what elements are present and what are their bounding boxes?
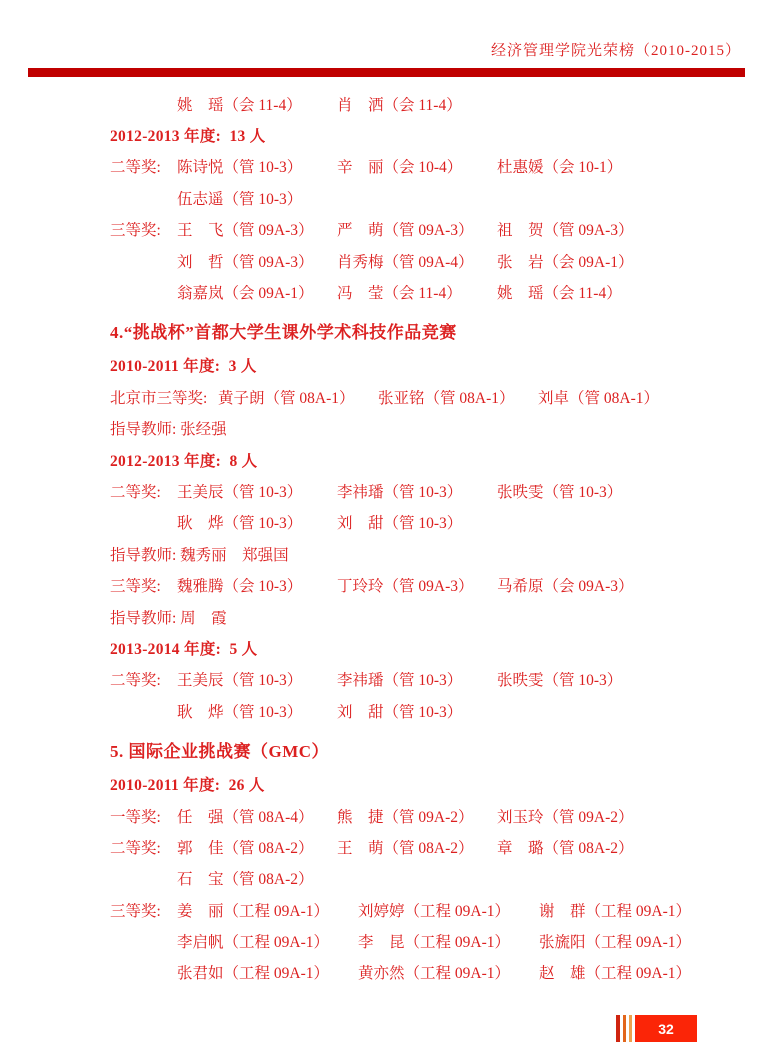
award-winner: 张昳雯（管 10-3）: [497, 480, 657, 502]
award-winner: 王 萌（管 08A-2）: [337, 836, 497, 858]
award-winner: 李 昆（工程 09A-1）: [358, 930, 539, 952]
award-winner: 谢 群（工程 09A-1）: [539, 899, 720, 921]
award-winner: 黄亦然（工程 09A-1）: [358, 961, 539, 983]
award-line: 张君如（工程 09A-1）黄亦然（工程 09A-1）赵 雄（工程 09A-1）: [110, 957, 758, 988]
award-winner: 张 岩（会 09A-1）: [497, 250, 657, 272]
award-winner: 赵 雄（工程 09A-1）: [539, 961, 720, 983]
award-winner: 刘 甜（管 10-3）: [337, 700, 497, 722]
award-line: 三等奖:王 飞（管 09A-3）严 萌（管 09A-3）祖 贺（管 09A-3）: [110, 214, 758, 245]
award-winner: 李启帆（工程 09A-1）: [177, 930, 358, 952]
award-winner: 王美辰（管 10-3）: [177, 668, 337, 690]
header-rule: [28, 68, 745, 77]
page-footer: 32: [616, 1015, 697, 1042]
document-body: 姚 瑶（会 11-4）肖 洒（会 11-4）2012-2013 年度: 13 人…: [110, 88, 758, 988]
award-winner: 肖 洒（会 11-4）: [337, 93, 497, 115]
year-count-line: 2012-2013 年度: 8 人: [110, 444, 758, 475]
award-winner: 任 强（管 08A-4）: [177, 805, 337, 827]
line-text: 2010-2011 年度: 26 人: [110, 773, 265, 795]
award-rank-label: 二等奖:: [110, 668, 177, 690]
award-winner: 刘 哲（管 09A-3）: [177, 250, 337, 272]
page-number-box: 32: [635, 1015, 697, 1042]
award-line: 李启帆（工程 09A-1）李 昆（工程 09A-1）张旒阳（工程 09A-1）: [110, 925, 758, 956]
award-rank-label: 二等奖:: [110, 480, 177, 502]
award-rank-label: 三等奖:: [110, 899, 177, 921]
award-winner: 章 璐（管 08A-2）: [497, 836, 657, 858]
award-winner: 郭 佳（管 08A-2）: [177, 836, 337, 858]
line-text: 指导教师: 周 霞: [110, 606, 227, 628]
award-winner: 辛 丽（会 10-4）: [337, 155, 497, 177]
year-count-line: 2010-2011 年度: 3 人: [110, 350, 758, 381]
award-winner: 李祎璠（管 10-3）: [337, 480, 497, 502]
award-winner: 张君如（工程 09A-1）: [177, 961, 358, 983]
award-winner: 耿 烨（管 10-3）: [177, 700, 337, 722]
award-line: 二等奖:郭 佳（管 08A-2）王 萌（管 08A-2）章 璐（管 08A-2）: [110, 831, 758, 862]
year-count-line: 2010-2011 年度: 26 人: [110, 768, 758, 799]
footer-stripe: [623, 1015, 626, 1042]
award-line: 耿 烨（管 10-3）刘 甜（管 10-3）: [110, 507, 758, 538]
line-text: 4.“挑战杯”首都大学生课外学术科技作品竞赛: [110, 318, 457, 343]
award-winner: 肖秀梅（管 09A-4）: [337, 250, 497, 272]
page-header-title: 经济管理学院光荣榜（2010-2015）: [491, 39, 741, 60]
award-line: 一等奖:任 强（管 08A-4）熊 捷（管 09A-2）刘玉玲（管 09A-2）: [110, 800, 758, 831]
award-winner: 严 萌（管 09A-3）: [337, 218, 497, 240]
award-line: 石 宝（管 08A-2）: [110, 863, 758, 894]
award-line: 翁嘉岚（会 09A-1）冯 莹（会 11-4）姚 瑶（会 11-4）: [110, 276, 758, 307]
award-winner: 刘卓（管 08A-1）: [538, 386, 698, 408]
award-winner: 刘 甜（管 10-3）: [337, 511, 497, 533]
award-rank-label: 三等奖:: [110, 574, 177, 596]
award-winner: 张旒阳（工程 09A-1）: [539, 930, 720, 952]
year-count-line: 2012-2013 年度: 13 人: [110, 119, 758, 150]
award-winner: 马希原（会 09A-3）: [497, 574, 657, 596]
award-rank-label: 一等奖:: [110, 805, 177, 827]
section-heading: 4.“挑战杯”首都大学生课外学术科技作品竞赛: [110, 312, 758, 350]
line-text: 2013-2014 年度: 5 人: [110, 637, 257, 659]
award-winner: 丁玲玲（管 09A-3）: [337, 574, 497, 596]
award-rank-label: 三等奖:: [110, 218, 177, 240]
award-winner: 张亚铭（管 08A-1）: [378, 386, 538, 408]
award-winner: 魏雅腾（会 10-3）: [177, 574, 337, 596]
award-winner: 刘婷婷（工程 09A-1）: [358, 899, 539, 921]
award-line: 刘 哲（管 09A-3）肖秀梅（管 09A-4）张 岩（会 09A-1）: [110, 245, 758, 276]
award-winner: 翁嘉岚（会 09A-1）: [177, 281, 337, 303]
award-winner: 耿 烨（管 10-3）: [177, 511, 337, 533]
line-text: 2012-2013 年度: 13 人: [110, 124, 266, 146]
line-text: 2010-2011 年度: 3 人: [110, 354, 257, 376]
award-winner: 伍志遥（管 10-3）: [177, 187, 337, 209]
award-rank-label: 二等奖:: [110, 155, 177, 177]
award-line: 二等奖:王美辰（管 10-3）李祎璠（管 10-3）张昳雯（管 10-3）: [110, 475, 758, 506]
line-text: 指导教师: 张经强: [110, 417, 227, 439]
award-winner: 祖 贺（管 09A-3）: [497, 218, 657, 240]
line-text: 5. 国际企业挑战赛（GMC）: [110, 737, 329, 762]
teacher-line: 指导教师: 张经强: [110, 413, 758, 444]
award-winner: 王美辰（管 10-3）: [177, 480, 337, 502]
award-winner: 姜 丽（工程 09A-1）: [177, 899, 358, 921]
award-winner: 姚 瑶（会 11-4）: [177, 93, 337, 115]
line-text: 指导教师: 魏秀丽 郑强国: [110, 543, 289, 565]
document-page: 经济管理学院光荣榜（2010-2015） 姚 瑶（会 11-4）肖 洒（会 11…: [0, 0, 768, 1059]
footer-stripe: [616, 1015, 620, 1042]
award-winner: 姚 瑶（会 11-4）: [497, 281, 657, 303]
award-winner: 陈诗悦（管 10-3）: [177, 155, 337, 177]
award-winner: 冯 莹（会 11-4）: [337, 281, 497, 303]
award-winner: 王 飞（管 09A-3）: [177, 218, 337, 240]
award-winner: 黄子朗（管 08A-1）: [218, 386, 378, 408]
award-line: 姚 瑶（会 11-4）肖 洒（会 11-4）: [110, 88, 758, 119]
page-number: 32: [658, 1021, 674, 1037]
award-rank-label: 北京市三等奖:: [110, 386, 218, 408]
award-line: 耿 烨（管 10-3）刘 甜（管 10-3）: [110, 695, 758, 726]
line-text: 2012-2013 年度: 8 人: [110, 449, 257, 471]
award-line: 北京市三等奖:黄子朗（管 08A-1）张亚铭（管 08A-1）刘卓（管 08A-…: [110, 381, 758, 412]
award-winner: 熊 捷（管 09A-2）: [337, 805, 497, 827]
award-winner: 石 宝（管 08A-2）: [177, 867, 337, 889]
award-line: 三等奖:魏雅腾（会 10-3）丁玲玲（管 09A-3）马希原（会 09A-3）: [110, 569, 758, 600]
footer-stripe: [629, 1015, 632, 1042]
teacher-line: 指导教师: 周 霞: [110, 601, 758, 632]
award-rank-label: 二等奖:: [110, 836, 177, 858]
year-count-line: 2013-2014 年度: 5 人: [110, 632, 758, 663]
award-winner: 杜惠媛（会 10-1）: [497, 155, 657, 177]
award-line: 三等奖:姜 丽（工程 09A-1）刘婷婷（工程 09A-1）谢 群（工程 09A…: [110, 894, 758, 925]
award-winner: 张昳雯（管 10-3）: [497, 668, 657, 690]
award-line: 二等奖:王美辰（管 10-3）李祎璠（管 10-3）张昳雯（管 10-3）: [110, 664, 758, 695]
award-winner: 李祎璠（管 10-3）: [337, 668, 497, 690]
award-line: 二等奖:陈诗悦（管 10-3）辛 丽（会 10-4）杜惠媛（会 10-1）: [110, 151, 758, 182]
section-heading: 5. 国际企业挑战赛（GMC）: [110, 730, 758, 768]
award-line: 伍志遥（管 10-3）: [110, 182, 758, 213]
award-winner: 刘玉玲（管 09A-2）: [497, 805, 657, 827]
teacher-line: 指导教师: 魏秀丽 郑强国: [110, 538, 758, 569]
